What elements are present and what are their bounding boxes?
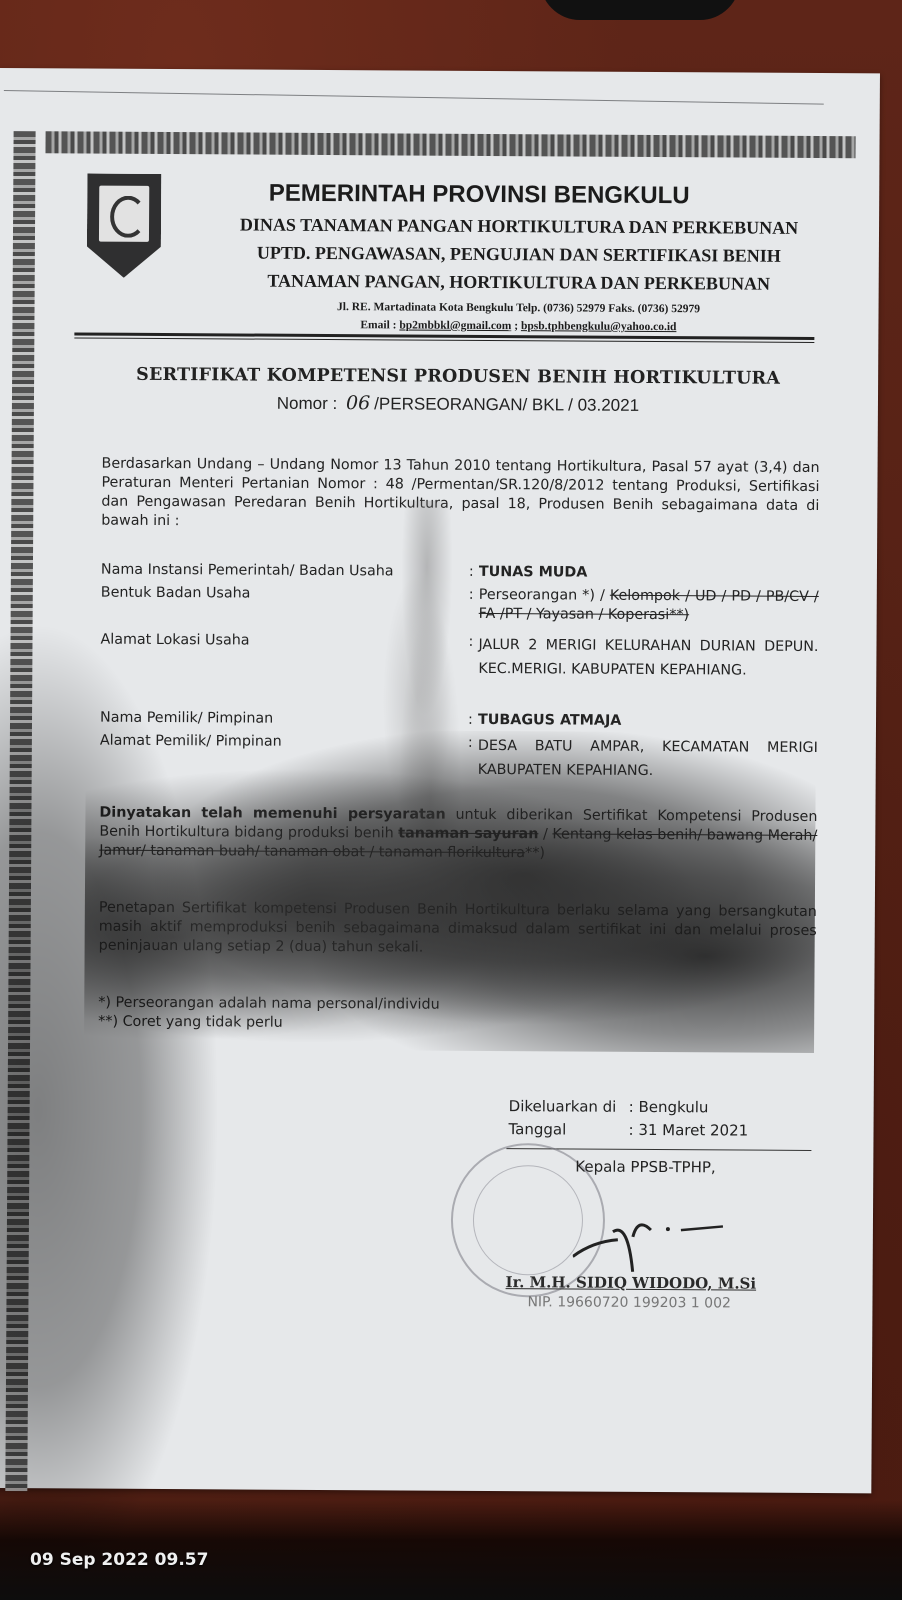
field-value: TUBAGUS ATMAJA <box>478 711 818 732</box>
emblem-inner <box>99 186 149 242</box>
letterhead-government: PEMERINTAH PROVINSI BENGKULU <box>179 179 779 211</box>
certificate-title: SERTIFIKAT KOMPETENSI PRODUSEN BENIH HOR… <box>98 365 818 389</box>
field-colon: : <box>468 633 473 652</box>
field-business-address: Alamat Lokasi Usaha : JALUR 2 MERIGI KEL… <box>101 631 819 635</box>
issued-place-label: Dikeluarkan di <box>509 1097 629 1116</box>
field-business-form: Bentuk Badan Usaha : Perseorangan *) / K… <box>101 584 819 588</box>
signature-icon <box>573 1212 733 1273</box>
decorative-border-left <box>5 131 35 1491</box>
intro-paragraph: Berdasarkan Undang – Undang Nomor 13 Tah… <box>101 455 819 535</box>
business-form-selected: Perseorangan *) / <box>479 587 610 604</box>
field-label: Nama Instansi Pemerintah/ Badan Usaha <box>101 561 461 582</box>
email-separator: ; <box>511 320 521 332</box>
letterhead-unit: UPTD. PENGAWASAN, PENGUJIAN DAN SERTIFIK… <box>159 242 879 267</box>
phone-object <box>540 0 740 20</box>
declaration-bold: Dinyatakan telah memenuhi persyaratan <box>99 805 445 823</box>
email-label: Email : <box>360 319 399 331</box>
photo-timestamp: 09 Sep 2022 09.57 <box>30 1550 208 1570</box>
signatory-position: Kepala PPSB-TPHP, <box>575 1158 716 1177</box>
declaration-end: **) <box>525 845 545 861</box>
issued-place: Dikeluarkan di: Bengkulu <box>509 1097 709 1116</box>
declaration-struck-bold: tanaman sayuran <box>398 825 538 842</box>
field-value: JALUR 2 MERIGI KELURAHAN DURIAN DEPUN. K… <box>478 633 818 683</box>
field-value: Perseorangan *) / Kelompok / UD / PD / P… <box>479 586 819 626</box>
email-link-1: bp2mbbkl@gmail.com <box>399 319 511 332</box>
letterhead-address: Jl. RE. Martadinata Kota Bengkulu Telp. … <box>159 300 879 316</box>
field-label: Bentuk Badan Usaha <box>101 584 461 605</box>
letterhead-email: Email : bp2mbbkl@gmail.com ; bpsb.tphben… <box>158 318 878 334</box>
field-owner-address: Alamat Pemilik/ Pimpinan : DESA BATU AMP… <box>100 732 818 736</box>
decorative-border-top <box>45 131 855 158</box>
issued-date-label: Tanggal <box>508 1120 628 1139</box>
number-suffix: /PERSEORANGAN/ BKL / 03.2021 <box>374 394 639 415</box>
field-colon: : <box>469 586 474 605</box>
official-name: Ir. M.H. SIDIQ WIDODO, M.Si <box>506 1273 757 1293</box>
orchid-watermark <box>380 500 472 831</box>
declaration-paragraph: Dinyatakan telah memenuhi persyaratan un… <box>99 804 817 865</box>
official-nip: NIP. 19660720 199203 1 002 <box>527 1294 731 1311</box>
field-owner-name: Nama Pemilik/ Pimpinan : TUBAGUS ATMAJA <box>100 709 818 713</box>
paper-fold-line <box>4 90 824 105</box>
issued-place-value: : Bengkulu <box>629 1098 709 1116</box>
provincial-coat-of-arms-icon <box>87 174 162 278</box>
number-handwritten: 06 <box>346 392 370 414</box>
number-label: Nomor : <box>277 394 338 413</box>
field-value: TUNAS MUDA <box>479 563 819 584</box>
field-colon: : <box>469 563 474 582</box>
field-colon: : <box>468 711 473 730</box>
letterhead-agency: DINAS TANAMAN PANGAN HORTIKULTURA DAN PE… <box>159 214 879 239</box>
field-label: Alamat Pemilik/ Pimpinan <box>100 732 460 753</box>
certificate-number: Nomor : 06/PERSEORANGAN/ BKL / 03.2021 <box>98 391 818 417</box>
issued-date-value: : 31 Maret 2021 <box>628 1121 748 1140</box>
issued-date: Tanggal: 31 Maret 2021 <box>508 1120 748 1139</box>
email-link-2: bpsb.tphbengkulu@yahoo.co.id <box>521 320 677 333</box>
field-agency-name: Nama Instansi Pemerintah/ Badan Usaha : … <box>101 561 819 565</box>
field-label: Nama Pemilik/ Pimpinan <box>100 709 460 730</box>
validity-paragraph: Penetapan Sertifikat kompetensi Produsen… <box>99 899 817 960</box>
field-colon: : <box>468 734 473 753</box>
footnote-2: **) Coret yang tidak perlu <box>98 1013 816 1036</box>
declaration-tail: / <box>538 826 552 842</box>
certificate-paper: PEMERINTAH PROVINSI BENGKULU DINAS TANAM… <box>0 68 880 1493</box>
letterhead-unit-cont: TANAMAN PANGAN, HORTIKULTURA DAN PERKEBU… <box>159 270 879 295</box>
field-label: Alamat Lokasi Usaha <box>100 631 460 652</box>
field-value: DESA BATU AMPAR, KECAMATAN MERIGI KABUPA… <box>478 734 818 784</box>
